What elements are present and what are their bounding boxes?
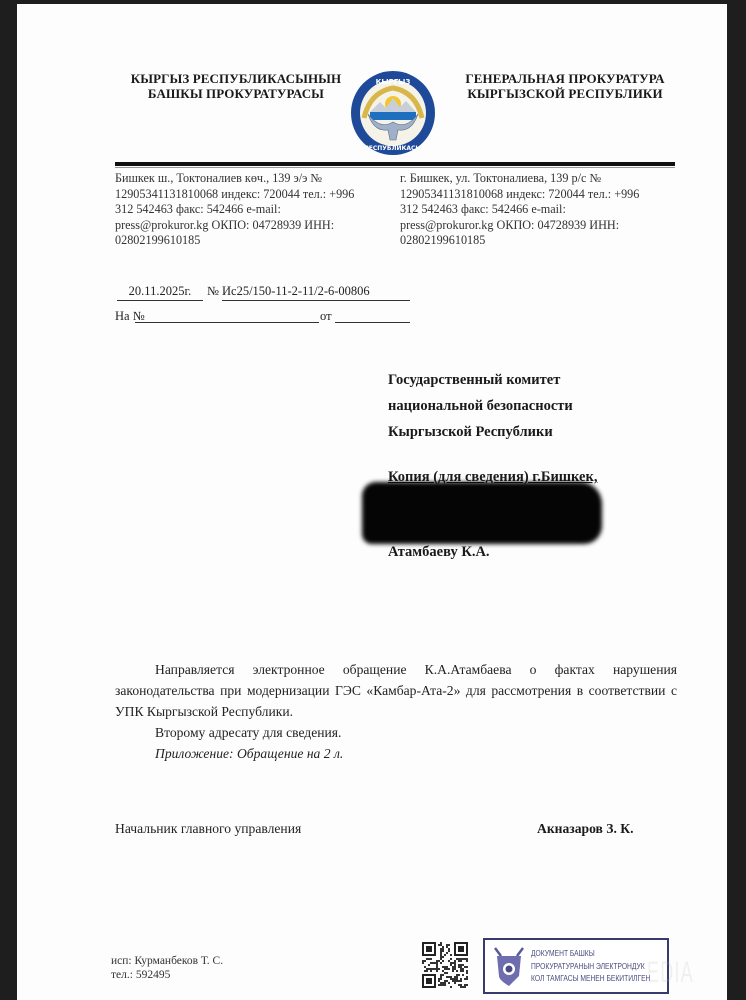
body-attachment: Приложение: Обращение на 2 л. bbox=[115, 743, 677, 764]
executor-name: исп: Курманбеков Т. С. bbox=[111, 954, 223, 968]
recipient-line: Государственный комитет bbox=[388, 367, 688, 393]
document-number: Ис25/150-11-2-11/2-6-00806 bbox=[222, 284, 410, 301]
qr-code-icon bbox=[422, 942, 468, 988]
signatory-name: Акназаров З. К. bbox=[537, 821, 634, 837]
address-line: г. Бишкек, ул. Токтоналиева, 139 р/с № bbox=[400, 171, 680, 187]
body-second-addressee-note: Второму адресату для сведения. bbox=[115, 722, 677, 743]
header-russian-title: ГЕНЕРАЛЬНАЯ ПРОКУРАТУРА КЫРГЫЗСКОЙ РЕСПУ… bbox=[449, 71, 681, 101]
address-line: Бишкек ш., Токтоналиев көч., 139 э/э № bbox=[115, 171, 395, 187]
header-divider-thin bbox=[115, 167, 675, 168]
recipient-line: Кыргызской Республики bbox=[388, 419, 688, 445]
address-line: press@prokuror.kg ОКПО: 04728939 ИНН: bbox=[115, 218, 395, 234]
copy-addressee: Атамбаеву К.А. bbox=[388, 544, 490, 561]
document-date: 20.11.2025г. bbox=[117, 284, 203, 301]
stamp-line: ПРОКУРАТУРАНЫН ЭЛЕКТРОНДУК bbox=[531, 961, 644, 974]
kyrgyz-state-emblem-icon: КЫРГЫЗ РЕСПУБЛИКАСЫ bbox=[350, 70, 436, 156]
document-page: КЫРГЫЗ РЕСПУБЛИКАСЫНЫН БАШКЫ ПРОКУРАТУРА… bbox=[17, 4, 727, 1000]
executor-phone: тел.: 592495 bbox=[111, 968, 223, 982]
recipient-line: национальной безопасности bbox=[388, 393, 688, 419]
header-kyrgyz-title: КЫРГЫЗ РЕСПУБЛИКАСЫНЫН БАШКЫ ПРОКУРАТУРА… bbox=[126, 71, 346, 101]
watermark: EDIA bbox=[647, 956, 694, 990]
incoming-date-blank bbox=[335, 322, 410, 323]
header-kyrgyz-line-1: КЫРГЫЗ РЕСПУБЛИКАСЫНЫН bbox=[126, 71, 346, 86]
header-russian-line-1: ГЕНЕРАЛЬНАЯ ПРОКУРАТУРА bbox=[449, 71, 681, 86]
svg-text:РЕСПУБЛИКАСЫ: РЕСПУБЛИКАСЫ bbox=[364, 145, 421, 152]
redaction-mark bbox=[362, 482, 602, 544]
address-line: 12905341131810068 индекс: 720044 тел.: +… bbox=[115, 187, 395, 203]
address-line: 312 542463 факс: 542466 e-mail: bbox=[400, 202, 680, 218]
address-russian: г. Бишкек, ул. Токтоналиева, 139 р/с № 1… bbox=[400, 171, 680, 249]
header-russian-line-2: КЫРГЫЗСКОЙ РЕСПУБЛИКИ bbox=[449, 86, 681, 101]
header-divider bbox=[115, 162, 675, 166]
svg-text:КЫРГЫЗ: КЫРГЫЗ bbox=[376, 78, 411, 86]
incoming-number-blank bbox=[135, 322, 319, 323]
stamp-line: КОЛ ТАМГАСЫ МЕНЕН БЕКИТИЛГЕН bbox=[531, 973, 644, 986]
stamp-text: ДОКУМЕНТ БАШКЫ ПРОКУРАТУРАНЫН ЭЛЕКТРОНДУ… bbox=[531, 948, 644, 986]
prosecutor-shield-icon bbox=[491, 946, 527, 988]
address-line: 12905341131810068 индекс: 720044 тел.: +… bbox=[400, 187, 680, 203]
incoming-date-label: от bbox=[320, 309, 332, 324]
executor-info: исп: Курманбеков Т. С. тел.: 592495 bbox=[111, 954, 223, 982]
signatory-title: Начальник главного управления bbox=[115, 821, 301, 837]
stamp-line: ДОКУМЕНТ БАШКЫ bbox=[531, 948, 644, 961]
recipient-block: Государственный комитет национальной без… bbox=[388, 367, 688, 445]
address-kyrgyz: Бишкек ш., Токтоналиев көч., 139 э/э № 1… bbox=[115, 171, 395, 249]
letter-body: Направляется электронное обращение К.А.А… bbox=[115, 659, 677, 764]
electronic-signature-stamp: ДОКУМЕНТ БАШКЫ ПРОКУРАТУРАНЫН ЭЛЕКТРОНДУ… bbox=[483, 938, 669, 994]
document-number-label: № bbox=[207, 284, 219, 299]
address-line: 02802199610185 bbox=[400, 233, 680, 249]
address-line: 312 542463 факс: 542466 e-mail: bbox=[115, 202, 395, 218]
body-paragraph: Направляется электронное обращение К.А.А… bbox=[115, 659, 677, 722]
address-line: 02802199610185 bbox=[115, 233, 395, 249]
header-kyrgyz-line-2: БАШКЫ ПРОКУРАТУРАСЫ bbox=[126, 86, 346, 101]
address-line: press@prokuror.kg ОКПО: 04728939 ИНН: bbox=[400, 218, 680, 234]
